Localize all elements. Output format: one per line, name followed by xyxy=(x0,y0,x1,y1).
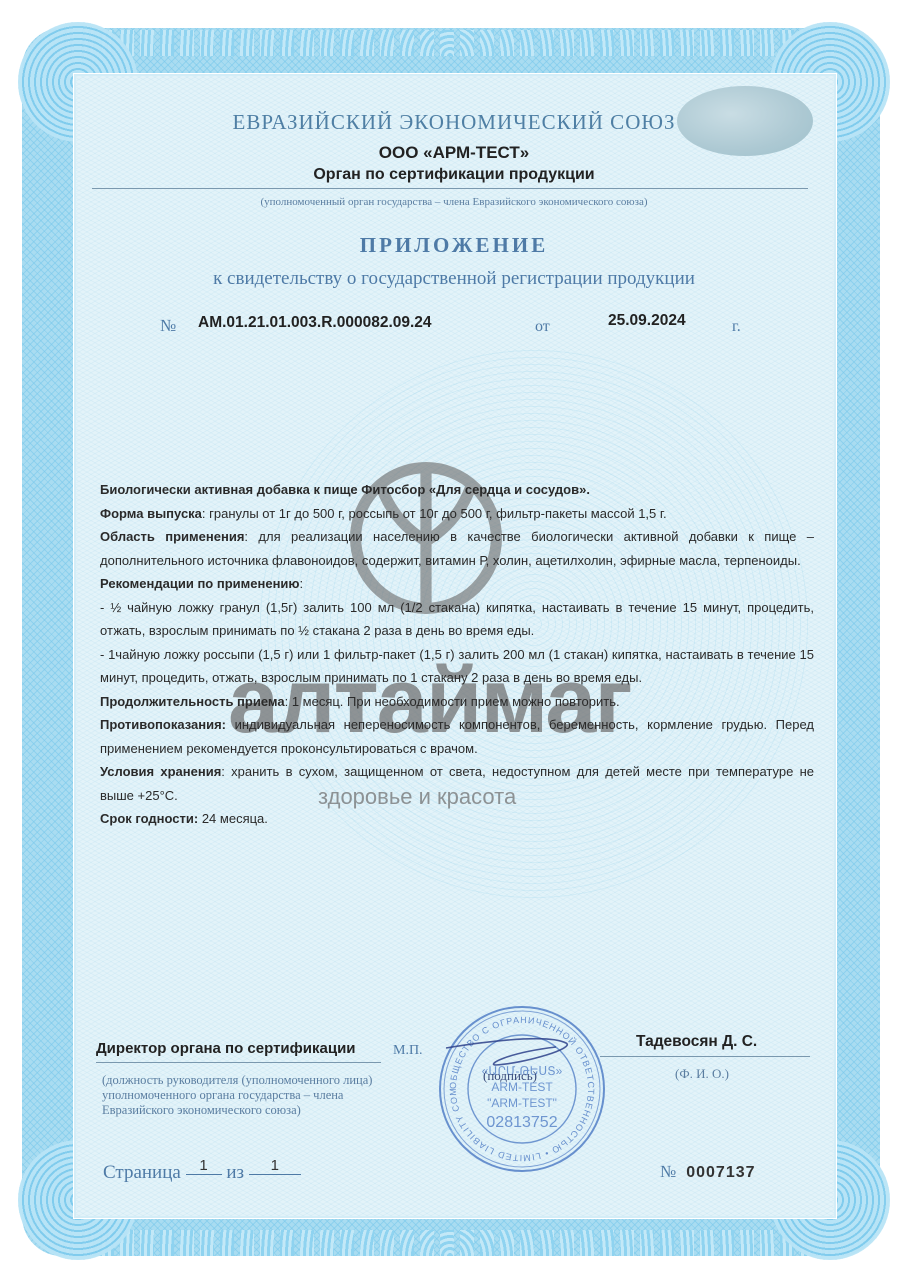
position-underline xyxy=(96,1062,381,1063)
director-position: Директор органа по сертификации xyxy=(96,1040,356,1057)
product-description: Биологически активная добавка к пище Фит… xyxy=(100,478,814,831)
page-total: 1 xyxy=(249,1157,301,1175)
page-current: 1 xyxy=(186,1157,222,1175)
doc-number-sign: № xyxy=(660,1162,676,1181)
frame-border-top xyxy=(60,30,840,56)
section-shelf-life: Срок годности: 24 месяца. xyxy=(100,807,814,831)
doc-number-value: 0007137 xyxy=(686,1164,755,1181)
seal-label: М.П. xyxy=(393,1043,423,1059)
section-duration: Продолжительность приема: 1 месяц. При н… xyxy=(100,690,814,714)
section-release-form: Форма выпуска: гранулы от 1г до 500 г, р… xyxy=(100,502,814,526)
page-label: Страница xyxy=(103,1162,181,1183)
document-number: №0007137 xyxy=(660,1162,756,1182)
position-note: (должность руководителя (уполномоченного… xyxy=(102,1073,392,1118)
section-recommendations: Рекомендации по применению: xyxy=(100,572,814,596)
header-divider xyxy=(92,188,808,189)
registration-number: AM.01.21.01.003.R.000082.09.24 xyxy=(198,314,432,332)
recommendation-item: - 1чайную ложку россыпи (1,5 г) или 1 фи… xyxy=(100,643,814,690)
from-label: от xyxy=(535,318,550,336)
of-label: из xyxy=(226,1162,244,1183)
appendix-subtitle: к свидетельству о государственной регист… xyxy=(73,268,835,290)
appendix-title: ПРИЛОЖЕНИЕ xyxy=(73,233,835,258)
svg-text:"ARM-TEST": "ARM-TEST" xyxy=(487,1096,557,1110)
number-sign: № xyxy=(160,316,176,336)
recommendation-item: - ½ чайную ложку гранул (1,5г) залить 10… xyxy=(100,596,814,643)
page-counter: Страница 1 из 1 xyxy=(103,1162,301,1184)
union-title: ЕВРАЗИЙСКИЙ ЭКОНОМИЧЕСКИЙ СОЮЗ xyxy=(73,110,835,135)
signature-label: (подпись) xyxy=(483,1068,537,1084)
name-underline xyxy=(600,1056,810,1057)
product-name: Биологически активная добавка к пище Фит… xyxy=(100,482,590,497)
year-suffix: г. xyxy=(732,318,741,336)
registration-date: 25.09.2024 xyxy=(608,312,686,330)
organization-note: (уполномоченный орган государства – член… xyxy=(73,196,835,208)
company-seal-stamp: ОБЩЕСТВО С ОГРАНИЧЕННОЙ ОТВЕТСТВЕННОСТЬЮ… xyxy=(436,1003,608,1175)
svg-text:02813752: 02813752 xyxy=(486,1114,557,1131)
registration-number-row: № AM.01.21.01.003.R.000082.09.24 от 25.0… xyxy=(160,312,760,342)
section-application-area: Область применения: для реализации насел… xyxy=(100,525,814,572)
organization-name: ООО «АРМ-ТЕСТ» xyxy=(73,143,835,163)
section-storage: Условия хранения: хранить в сухом, защищ… xyxy=(100,760,814,807)
section-contraindications: Противопоказания: индивидуальная неперен… xyxy=(100,713,814,760)
name-label: (Ф. И. О.) xyxy=(675,1066,729,1082)
organization-role: Орган по сертификации продукции xyxy=(73,166,835,184)
frame-border-bottom xyxy=(60,1230,840,1256)
signatory-name: Тадевосян Д. С. xyxy=(636,1033,757,1051)
